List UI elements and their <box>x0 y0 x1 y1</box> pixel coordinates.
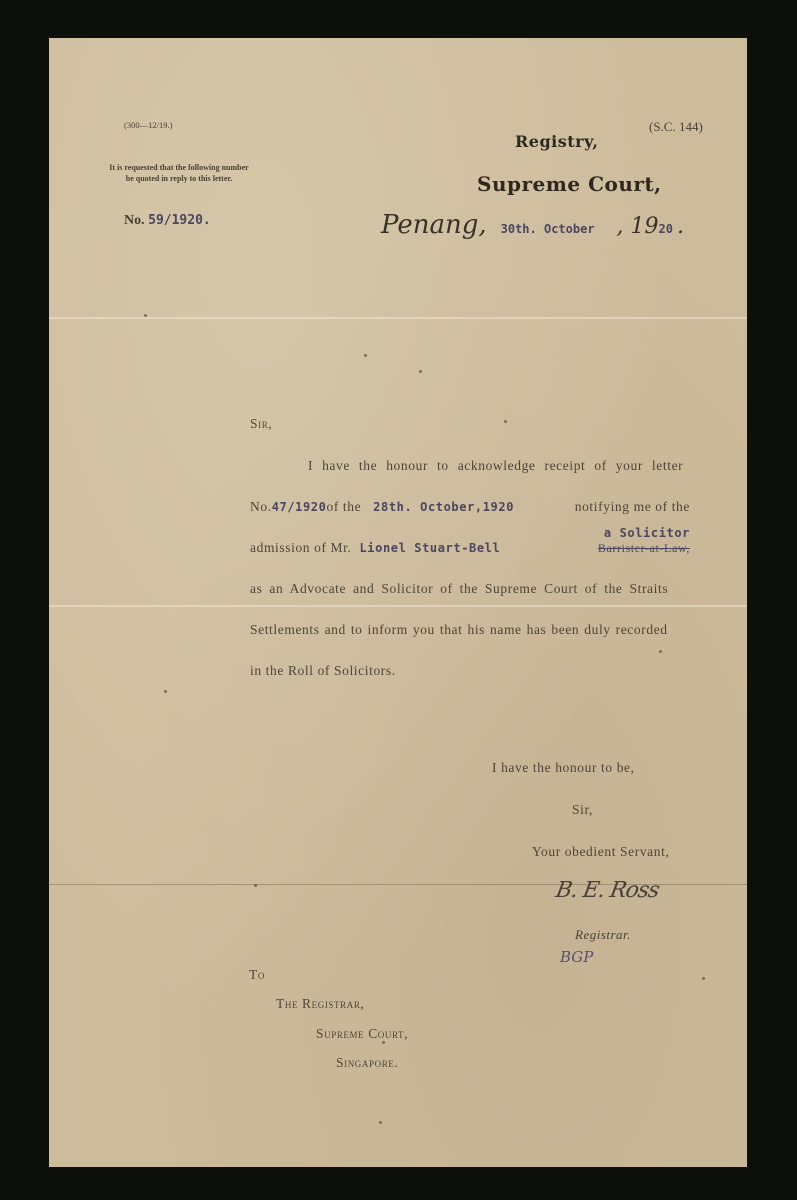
year-typed: 20 <box>659 222 673 236</box>
closing-line-3: Your obedient Servant, <box>532 844 669 860</box>
paper-spot <box>164 690 167 693</box>
reference-note: It is requested that the following numbe… <box>109 162 249 184</box>
closing-line-1: I have the honour to be, <box>492 760 635 776</box>
address-to: To <box>249 967 265 983</box>
form-code: (300—12/19.) <box>124 120 172 130</box>
paper-spot <box>419 370 422 373</box>
paper-spot <box>144 314 147 317</box>
ref-suffix: notifying me of the <box>575 499 690 515</box>
place: Penang, <box>381 210 487 240</box>
admitted-name: Lionel Stuart-Bell <box>359 541 500 555</box>
salutation: Sir, <box>250 416 272 432</box>
fold-line <box>49 317 747 319</box>
signature: B. E. Ross <box>554 878 661 903</box>
ref-number: 47/1920 <box>272 500 327 514</box>
paper-spot <box>504 420 507 423</box>
body-line-1: I have the honour to acknowledge receipt… <box>308 458 683 474</box>
place-date-line: Penang, 30th. October , 1920 . <box>381 210 684 240</box>
address-line-2: Supreme Court, <box>316 1026 408 1042</box>
fold-line <box>49 605 747 607</box>
letter-page: (300—12/19.) It is requested that the fo… <box>49 38 747 1167</box>
ref-date: 28th. October,1920 <box>373 500 514 514</box>
paper-spot <box>659 650 662 653</box>
body-line-6: in the Roll of Solicitors. <box>250 663 396 679</box>
paper-spot <box>379 1121 382 1124</box>
sc-number: (S.C. 144) <box>649 119 703 135</box>
closing-line-2: Sir, <box>572 802 593 818</box>
reference-label: No. <box>124 213 145 228</box>
paper-spot <box>702 977 705 980</box>
body-line-2: No.47/1920of the 28th. October,1920 noti… <box>250 499 690 515</box>
year-prefix: , 19 <box>617 214 659 239</box>
letterhead-registry: Registry, <box>515 132 598 151</box>
letterhead-supreme-court: Supreme Court, <box>477 172 662 196</box>
ref-prefix: No. <box>250 499 272 514</box>
address-line-1: The Registrar, <box>276 996 364 1012</box>
initials: BGP <box>560 948 593 966</box>
reference-number: No. 59/1920. <box>124 213 211 229</box>
paper-spot <box>364 354 367 357</box>
struck-designation: Barrister-at-Law, <box>598 541 690 556</box>
reference-value: 59/1920. <box>148 213 211 228</box>
body-line-4: as an Advocate and Solicitor of the Supr… <box>250 581 668 597</box>
paper-spot <box>254 884 257 887</box>
body-line-5: Settlements and to inform you that his n… <box>250 622 668 638</box>
body-line-3: admission of Mr. Lionel Stuart-Bell a So… <box>250 540 690 556</box>
address-line-3: Singapore. <box>336 1055 398 1071</box>
date-typed: 30th. October <box>501 222 595 236</box>
inserted-designation: a Solicitor <box>604 526 690 540</box>
admission-prefix: admission of Mr. <box>250 540 351 555</box>
signatory-title: Registrar. <box>575 927 631 943</box>
ref-of: of the <box>326 499 361 514</box>
year-end: . <box>677 214 684 239</box>
